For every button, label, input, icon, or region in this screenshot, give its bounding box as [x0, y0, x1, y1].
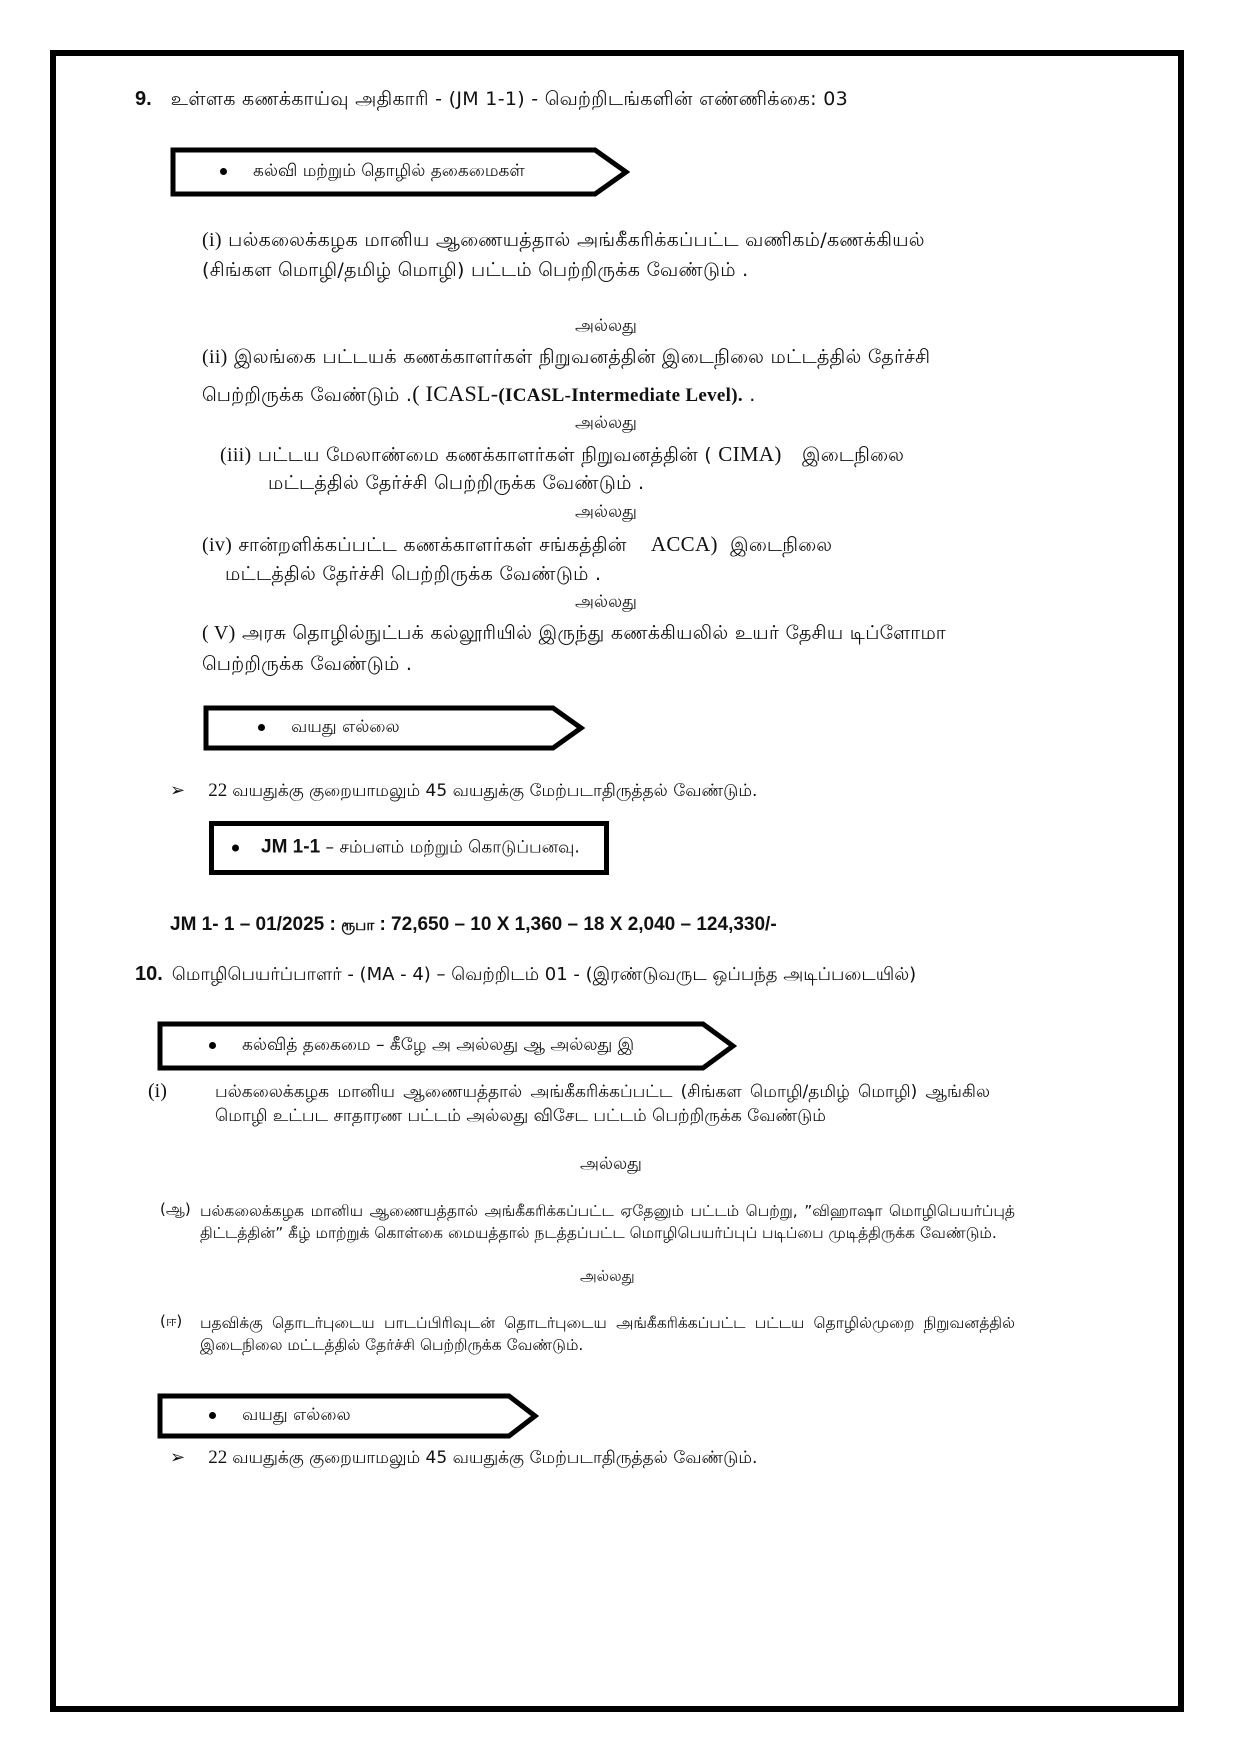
qualification-item-continuation: (சிங்கள மொழி/தமிழ் மொழி) பட்டம் பெற்றிரு…: [202, 259, 749, 284]
or-separator: அல்லது: [575, 413, 637, 435]
qualification-item: பதவிக்கு தொடர்புடைய பாடப்பிரிவுடன் தொடர்…: [200, 1312, 1015, 1356]
or-separator: அல்லது: [575, 502, 637, 524]
icasl-text: ( ICASL-: [412, 381, 498, 406]
item-text: பல்கலைக்கழக மானிய ஆணையத்தால் அங்கீகரிக்க…: [228, 229, 925, 251]
item-marker: (iii): [220, 444, 252, 466]
qualification-item-continuation: மட்டத்தில் தேர்ச்சி பெற்றிருக்க வேண்டும்…: [268, 472, 644, 497]
arrowhead-bullet-icon: ➢: [170, 1447, 185, 1468]
qualification-item: பல்கலைக்கழக மானிய ஆணையத்தால் அங்கீகரிக்க…: [200, 1200, 1015, 1244]
salary-header-label: – சம்பளம் மற்றும் கொடுப்பனவு.: [320, 838, 580, 858]
salary-header-box: JM 1-1 – சம்பளம் மற்றும் கொடுப்பனவு.: [209, 821, 609, 875]
qualification-item: பல்கலைக்கழக மானிய ஆணையத்தால் அங்கீகரிக்க…: [215, 1080, 990, 1128]
bullet-icon: [258, 724, 265, 731]
item-marker: (ஈ): [160, 1312, 182, 1332]
item-marker: (i): [148, 1080, 167, 1103]
cima-text: CIMA): [718, 442, 781, 466]
qualifications-header-box: கல்வி மற்றும் தொழில் தகைமைகள்: [170, 147, 630, 197]
age-limit-header-box: வயது எல்லை: [203, 705, 585, 751]
age-rule-text: வயதுக்கு குறையாமலும் 45 வயதுக்கு மேற்படா…: [232, 1448, 757, 1468]
section-9-heading: 9. உள்ளக கணக்காய்வு அதிகாரி - (JM 1-1) -…: [135, 88, 848, 113]
qualification-item-continuation: மட்டத்தில் தேர்ச்சி பெற்றிருக்க வேண்டும்…: [225, 563, 601, 588]
age-rule: ➢ 22 வயதுக்கு குறையாமலும் 45 வயதுக்கு மே…: [170, 780, 757, 803]
acca-text: ACCA): [651, 532, 718, 556]
item-marker: (i): [202, 229, 222, 251]
item-marker: (ஆ): [160, 1200, 191, 1220]
bullet-icon: [209, 1042, 216, 1049]
age-rule: ➢ 22 வயதுக்கு குறையாமலும் 45 வயதுக்கு மே…: [170, 1447, 757, 1470]
qualifications-header-label: கல்வி மற்றும் தொழில் தகைமைகள்: [253, 161, 525, 181]
item-text: சான்றளிக்கப்பட்ட கணக்காளர்கள் சங்கத்தின்: [238, 534, 626, 556]
section-title: மொழிபெயர்ப்பாளர் - (MA - 4) – வெற்றிடம் …: [172, 964, 916, 985]
salary-grade-code: JM 1-1: [261, 837, 320, 858]
section-10-heading: 10. மொழிபெயர்ப்பாளர் - (MA - 4) – வெற்றி…: [135, 963, 916, 987]
section-number: 10.: [135, 963, 163, 985]
qualifications-header-label: கல்வித் தகைமை – கீழே அ அல்லது ஆ அல்லது இ: [242, 1035, 634, 1055]
salary-scale-values: : 72,650 – 10 X 1,360 – 18 X 2,040 – 124…: [374, 914, 776, 935]
item-marker: ( V): [202, 622, 236, 644]
salary-scale: JM 1- 1 – 01/2025 : ரூபா : 72,650 – 10 X…: [170, 914, 777, 936]
age-limit-header-box: வயது எல்லை: [157, 1393, 539, 1439]
qualification-item: ( V) அரசு தொழில்நுட்பக் கல்லூரியில் இருந…: [202, 622, 946, 647]
qualification-item-continuation: பெற்றிருக்க வேண்டும் .: [202, 653, 412, 678]
age-limit-header-label: வயது எல்லை: [242, 1405, 351, 1425]
or-separator: அல்லது: [575, 316, 637, 338]
qualification-item: (i) பல்கலைக்கழக மானிய ஆணையத்தால் அங்கீகர…: [202, 229, 925, 254]
item-text: அரசு தொழில்நுட்பக் கல்லூரியில் இருந்து க…: [242, 622, 946, 644]
age-limit-header-label: வயது எல்லை: [291, 717, 400, 737]
icasl-level-text: (ICASL-Intermediate Level).: [498, 385, 743, 406]
or-separator: அல்லது: [580, 1267, 635, 1287]
salary-code: JM 1- 1 – 01/2025 :: [170, 914, 336, 935]
qualification-item-continuation: பெற்றிருக்க வேண்டும் .( ICASL-(ICASL-Int…: [202, 381, 756, 409]
currency-label: ரூபா: [341, 916, 374, 934]
arrowhead-bullet-icon: ➢: [170, 780, 185, 801]
age-rule-text: வயதுக்கு குறையாமலும் 45 வயதுக்கு மேற்படா…: [232, 781, 757, 801]
item-marker: (ii): [202, 346, 228, 368]
bullet-icon: [220, 168, 227, 175]
qualification-item: (iii) பட்டய மேலாண்மை கணக்காளர்கள் நிறுவன…: [220, 442, 904, 469]
section-title: உள்ளக கணக்காய்வு அதிகாரி - (JM 1-1) - வெ…: [171, 88, 848, 110]
item-text: பட்டய மேலாண்மை கணக்காளர்கள் நிறுவனத்தின்…: [258, 444, 712, 466]
qualification-item: (ii) இலங்கை பட்டயக் கணக்காளர்கள் நிறுவனத…: [202, 346, 930, 371]
bullet-icon: [209, 1412, 216, 1419]
qualifications-header-box: கல்வித் தகைமை – கீழே அ அல்லது ஆ அல்லது இ: [157, 1021, 737, 1071]
or-separator: அல்லது: [580, 1154, 642, 1176]
qualification-item: (iv) சான்றளிக்கப்பட்ட கணக்காளர்கள் சங்கத…: [202, 532, 832, 559]
item-text: இலங்கை பட்டயக் கணக்காளர்கள் நிறுவனத்தின்…: [234, 346, 930, 368]
section-number: 9.: [135, 88, 152, 110]
or-separator: அல்லது: [575, 592, 637, 614]
item-marker: (iv): [202, 534, 232, 556]
bullet-icon: [232, 844, 239, 851]
